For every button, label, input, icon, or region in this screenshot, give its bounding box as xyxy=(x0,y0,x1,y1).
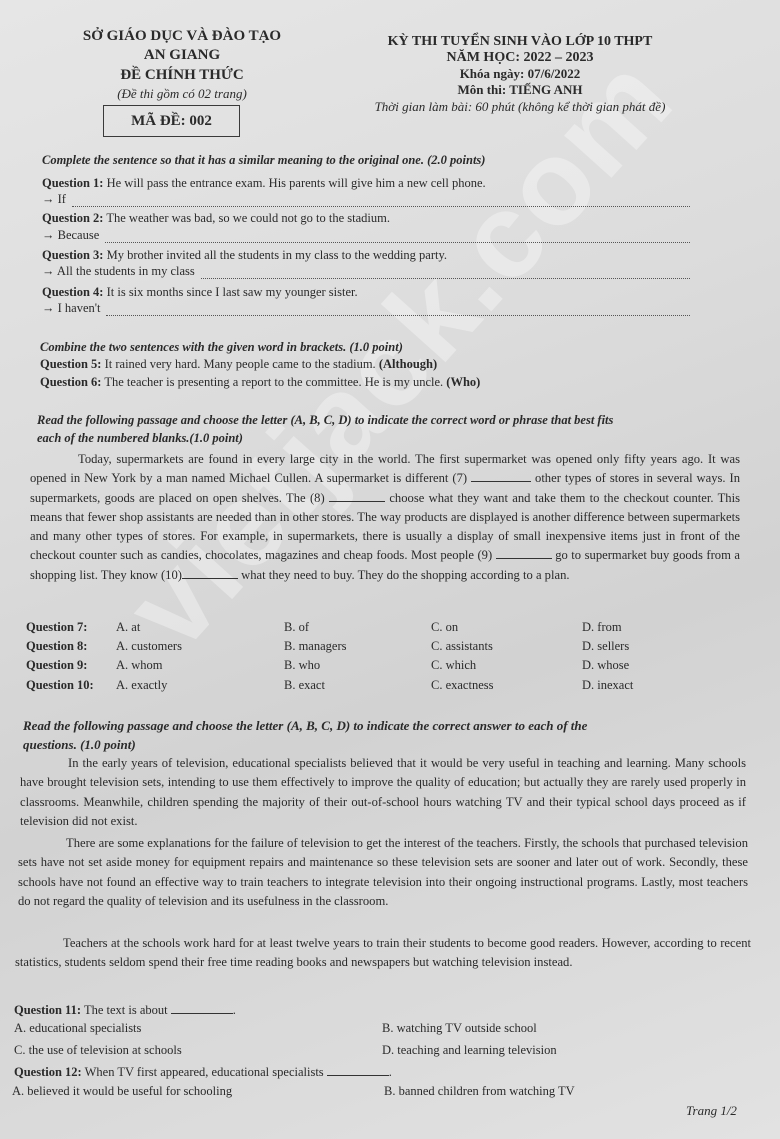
answer-line-1[interactable]: → If xyxy=(42,192,690,207)
answer-blank[interactable] xyxy=(327,1064,389,1076)
section1-instruction: Complete the sentence so that it has a s… xyxy=(42,153,485,168)
question-label: Question 4: xyxy=(42,285,103,299)
given-word: (Who) xyxy=(446,375,480,389)
option-d[interactable]: D. inexact xyxy=(582,678,633,693)
given-word: (Although) xyxy=(379,357,437,371)
exam-date: Khóa ngày: 07/6/2022 xyxy=(330,66,710,82)
question-2: Question 2: The weather was bad, so we c… xyxy=(42,211,390,226)
answer-line-2[interactable]: → Because xyxy=(42,228,690,243)
page-number: Trang 1/2 xyxy=(686,1103,737,1119)
option-a[interactable]: A. educational specialists xyxy=(14,1021,141,1036)
blank-9[interactable] xyxy=(496,547,552,559)
question-text: The teacher is presenting a report to th… xyxy=(104,375,443,389)
option-b[interactable]: B. exact xyxy=(284,678,325,693)
answer-prompt: → If xyxy=(42,192,66,207)
blank-7-number: (7) xyxy=(452,471,467,485)
question-label: Question 11: xyxy=(14,1003,81,1017)
pages-note: (Đề thi gồm có 02 trang) xyxy=(62,86,302,102)
option-a[interactable]: A. customers xyxy=(116,639,182,654)
option-c[interactable]: C. exactness xyxy=(431,678,493,693)
question-label: Question 1: xyxy=(42,176,103,190)
question-text: When TV first appeared, educational spec… xyxy=(85,1065,324,1079)
passage-paragraph-1: In the early years of television, educat… xyxy=(20,754,746,831)
duration: Thời gian làm bài: 60 phút (không kể thờ… xyxy=(330,98,710,115)
supermarket-passage: Today, supermarkets are found in every l… xyxy=(30,450,740,585)
answer-blank[interactable] xyxy=(201,268,690,279)
answer-blank[interactable] xyxy=(72,196,690,207)
option-b[interactable]: B. banned children from watching TV xyxy=(384,1084,575,1099)
exam-page: vietjack.com SỞ GIÁO DỤC VÀ ĐÀO TẠO AN G… xyxy=(0,0,780,1139)
question-12: Question 12: When TV first appeared, edu… xyxy=(14,1064,392,1080)
blank-10[interactable] xyxy=(182,567,238,579)
department-name: SỞ GIÁO DỤC VÀ ĐÀO TẠO xyxy=(62,26,302,46)
question-5: Question 5: It rained very hard. Many pe… xyxy=(40,357,437,372)
question-label: Question 3: xyxy=(42,248,103,262)
answer-line-4[interactable]: → I haven't xyxy=(42,301,690,316)
section4-instruction-line2: questions. (1.0 point) xyxy=(23,737,136,753)
blank-7[interactable] xyxy=(471,470,531,482)
option-d[interactable]: D. teaching and learning television xyxy=(382,1043,557,1058)
header-left: SỞ GIÁO DỤC VÀ ĐÀO TẠO AN GIANG ĐỀ CHÍNH… xyxy=(62,26,302,102)
option-c[interactable]: C. which xyxy=(431,658,476,673)
option-b[interactable]: B. managers xyxy=(284,639,346,654)
passage-paragraph-3: Teachers at the schools work hard for at… xyxy=(15,934,751,973)
exam-status: ĐỀ CHÍNH THỨC xyxy=(62,64,302,86)
blank-10-number: (10) xyxy=(161,568,182,582)
option-a[interactable]: A. whom xyxy=(116,658,163,673)
question-label: Question 6: xyxy=(40,375,101,389)
option-b[interactable]: B. watching TV outside school xyxy=(382,1021,537,1036)
question-6: Question 6: The teacher is presenting a … xyxy=(40,375,480,390)
question-label: Question 12: xyxy=(14,1065,82,1079)
option-d[interactable]: D. from xyxy=(582,620,622,635)
answer-prompt: → Because xyxy=(42,228,99,243)
option-b[interactable]: B. who xyxy=(284,658,320,673)
option-a[interactable]: A. at xyxy=(116,620,140,635)
answer-prompt: → I haven't xyxy=(42,301,100,316)
question-label: Question 2: xyxy=(42,211,103,225)
option-d[interactable]: D. whose xyxy=(582,658,629,673)
question-text: The text is about xyxy=(84,1003,168,1017)
option-c[interactable]: C. assistants xyxy=(431,639,493,654)
question-3: Question 3: My brother invited all the s… xyxy=(42,248,447,263)
question-text: It rained very hard. Many people came to… xyxy=(105,357,376,371)
option-b[interactable]: B. of xyxy=(284,620,309,635)
blank-8[interactable] xyxy=(329,490,385,502)
question-11: Question 11: The text is about . xyxy=(14,1002,236,1018)
option-d[interactable]: D. sellers xyxy=(582,639,629,654)
school-year: NĂM HỌC: 2022 – 2023 xyxy=(330,50,710,66)
section3-instruction-line2: each of the numbered blanks.(1.0 point) xyxy=(37,431,243,446)
section2-instruction: Combine the two sentences with the given… xyxy=(40,340,403,355)
blank-8-number: (8) xyxy=(310,491,325,505)
section4-instruction-line1: Read the following passage and choose th… xyxy=(23,718,587,734)
subject: Môn thi: TIẾNG ANH xyxy=(330,82,710,98)
exam-code-box: MÃ ĐỀ: 002 xyxy=(103,105,240,137)
blank-9-number: (9) xyxy=(477,548,492,562)
question-label: Question 5: xyxy=(40,357,101,371)
section3-instruction-line1: Read the following passage and choose th… xyxy=(37,413,613,428)
answer-line-3[interactable]: → All the students in my class xyxy=(42,264,690,279)
question-1: Question 1: He will pass the entrance ex… xyxy=(42,176,486,191)
question-text: It is six months since I last saw my you… xyxy=(107,285,358,299)
question-text: The weather was bad, so we could not go … xyxy=(106,211,390,225)
option-c[interactable]: C. the use of television at schools xyxy=(14,1043,182,1058)
exam-name: KỲ THI TUYỂN SINH VÀO LỚP 10 THPT xyxy=(330,34,710,50)
answer-blank[interactable] xyxy=(105,232,690,243)
answer-blank[interactable] xyxy=(171,1002,233,1014)
option-c[interactable]: C. on xyxy=(431,620,458,635)
option-a[interactable]: A. believed it would be useful for schoo… xyxy=(12,1084,232,1099)
answer-blank[interactable] xyxy=(106,305,690,316)
header-right: KỲ THI TUYỂN SINH VÀO LỚP 10 THPT NĂM HỌ… xyxy=(330,34,710,115)
province-name: AN GIANG xyxy=(62,46,302,64)
option-a[interactable]: A. exactly xyxy=(116,678,167,693)
question-4: Question 4: It is six months since I las… xyxy=(42,285,358,300)
passage-paragraph-2: There are some explanations for the fail… xyxy=(18,834,748,911)
answer-prompt: → All the students in my class xyxy=(42,264,195,279)
question-text: He will pass the entrance exam. His pare… xyxy=(107,176,486,190)
question-text: My brother invited all the students in m… xyxy=(107,248,447,262)
